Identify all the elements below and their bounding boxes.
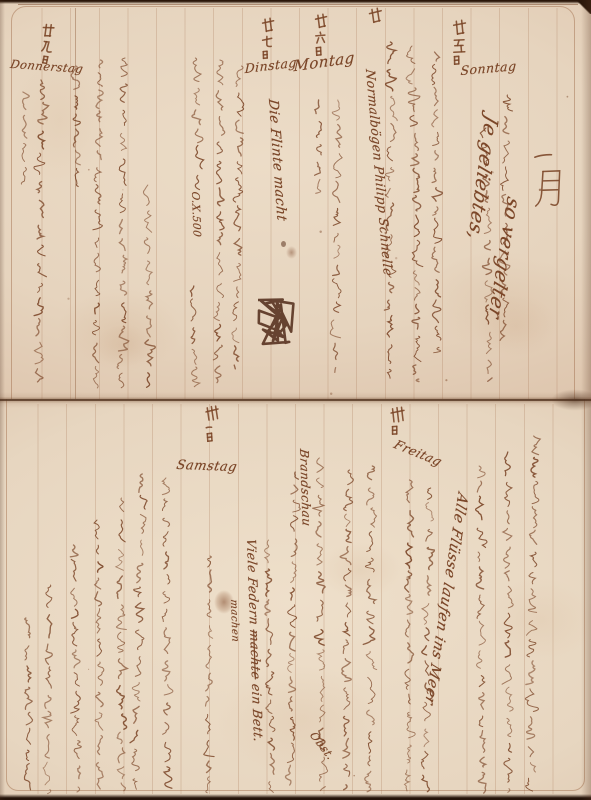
diary-photo: Sonntag Montag Dinstag Donnerstag Je gel… [0, 0, 591, 800]
fragment-ox500: O.X.500 [189, 191, 203, 238]
photo-edge-right [581, 0, 591, 800]
gutter-seam-line [0, 399, 591, 401]
photo-edge-bottom [0, 794, 591, 800]
page-border-lower [6, 399, 585, 791]
phrase-part-pre: Viele Federn [244, 538, 262, 631]
phrase-brandschau: Brandschau [297, 448, 314, 528]
photo-edge-left [0, 0, 5, 800]
weekday-samstag: Samstag [175, 458, 238, 475]
page-edge-line [18, 4, 578, 5]
page-lower [0, 399, 591, 800]
word-struck-machte: machte [247, 629, 264, 681]
insert-word-machen: machen [228, 599, 241, 643]
phrase-part-post: ein Bett. [249, 678, 266, 743]
